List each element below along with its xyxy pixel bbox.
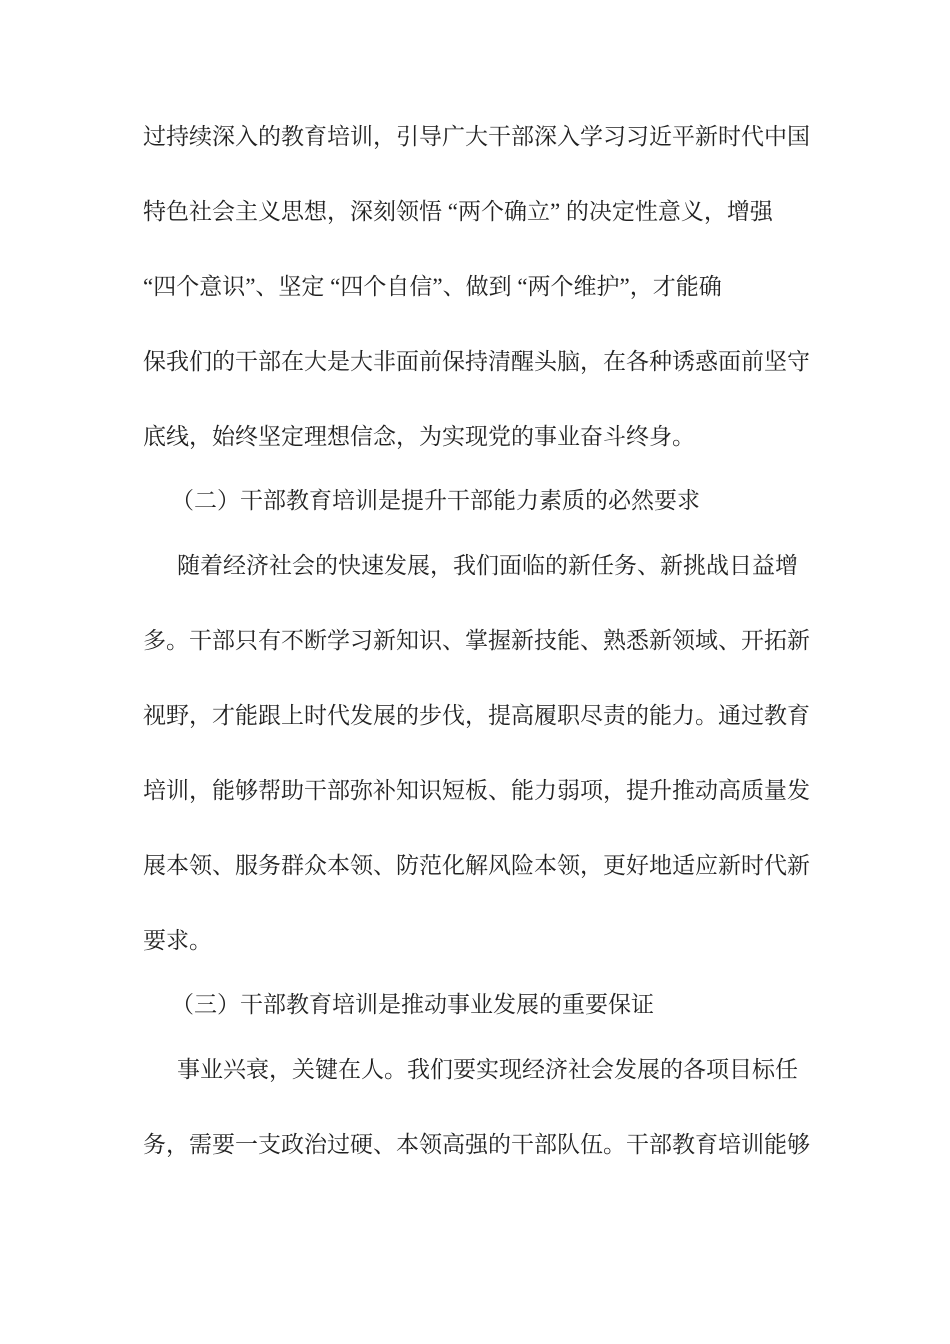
paragraph: 随着经济社会的快速发展，我们面临的新任务、新挑战日益增 多。干部只有不断学习新知… — [143, 528, 810, 978]
text-line: 展本领、服务群众本领、防范化解风险本领，更好地适应新时代新 — [143, 828, 810, 903]
text-line: 过持续深入的教育培训，引导广大干部深入学习习近平新时代中国 — [143, 99, 810, 174]
text-line: 特色社会主义思想，深刻领悟 “两个确立” 的决定性意义，增强 — [143, 174, 810, 249]
section-heading-3: （三）干部教育培训是推动事业发展的重要保证 — [143, 978, 810, 1032]
paragraph: 事业兴衰，关键在人。我们要实现经济社会发展的各项目标任 务，需要一支政治过硬、本… — [143, 1032, 810, 1182]
text-line: 事业兴衰，关键在人。我们要实现经济社会发展的各项目标任 — [143, 1032, 810, 1107]
text-line: 务，需要一支政治过硬、本领高强的干部队伍。干部教育培训能够 — [143, 1107, 810, 1182]
text-line: 保我们的干部在大是大非面前保持清醒头脑，在各种诱惑面前坚守 — [143, 324, 810, 399]
text-line: 培训，能够帮助干部弥补知识短板、能力弱项，提升推动高质量发 — [143, 753, 810, 828]
text-line: 视野，才能跟上时代发展的步伐，提高履职尽责的能力。通过教育 — [143, 678, 810, 753]
text-line: 随着经济社会的快速发展，我们面临的新任务、新挑战日益增 — [143, 528, 810, 603]
text-line: 要求。 — [143, 903, 810, 978]
paragraph: 过持续深入的教育培训，引导广大干部深入学习习近平新时代中国 特色社会主义思想，深… — [143, 99, 810, 474]
text-line: 底线，始终坚定理想信念，为实现党的事业奋斗终身。 — [143, 399, 810, 474]
document-page: 过持续深入的教育培训，引导广大干部深入学习习近平新时代中国 特色社会主义思想，深… — [0, 0, 950, 1344]
text-line: “四个意识”、坚定 “四个自信”、做到 “两个维护”，才能确 — [143, 249, 810, 324]
text-line: 多。干部只有不断学习新知识、掌握新技能、熟悉新领域、开拓新 — [143, 603, 810, 678]
section-heading-2: （二）干部教育培训是提升干部能力素质的必然要求 — [143, 474, 810, 528]
